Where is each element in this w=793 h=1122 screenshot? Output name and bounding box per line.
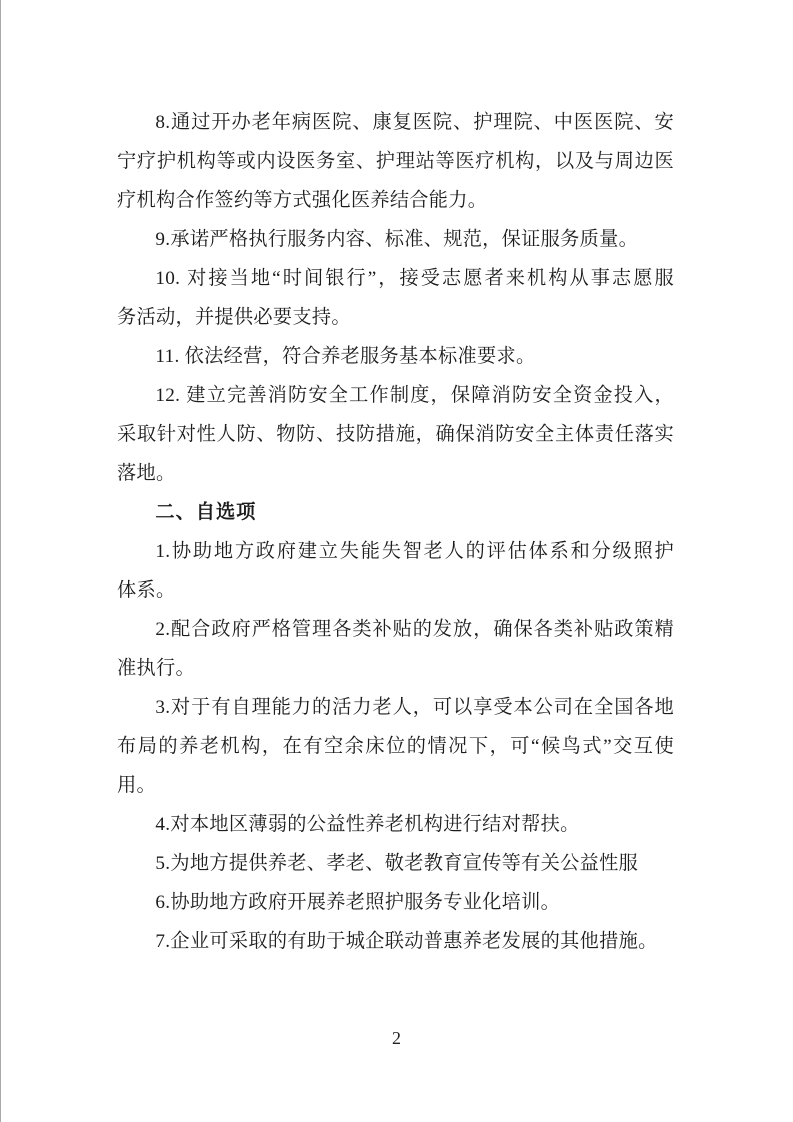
paragraph: 8.通过开办老年病医院、康复医院、护理院、中医医院、安宁疗护机构等或内设医务室、…: [117, 103, 674, 220]
text-line: 二、自选项: [117, 493, 674, 532]
paragraph: 12. 建立完善消防安全工作制度，保障消防安全资金投入，采取针对性人防、物防、技…: [117, 376, 674, 493]
section-heading: 二、自选项: [117, 493, 674, 532]
paragraph: 9.承诺严格执行服务内容、标准、规范，保证服务质量。: [117, 220, 674, 259]
text-line: 准执行。: [117, 649, 674, 688]
document-page: 8.通过开办老年病医院、康复医院、护理院、中医医院、安宁疗护机构等或内设医务室、…: [0, 0, 792, 1122]
text-line: 布局的养老机构，在有空余床位的情况下，可“候鸟式”交互使: [117, 727, 674, 766]
text-line: 7.企业可采取的有助于城企联动普惠养老发展的其他措施。: [117, 922, 674, 961]
text-line: 12. 建立完善消防安全工作制度，保障消防安全资金投入，: [117, 376, 674, 415]
document-body: 8.通过开办老年病医院、康复医院、护理院、中医医院、安宁疗护机构等或内设医务室、…: [117, 103, 674, 961]
page-number: 2: [392, 1028, 401, 1048]
text-line: 2.配合政府严格管理各类补贴的发放，确保各类补贴政策精: [117, 610, 674, 649]
text-line: 6.协助地方政府开展养老照护服务专业化培训。: [117, 883, 674, 922]
text-line: 疗机构合作签约等方式强化医养结合能力。: [117, 181, 674, 220]
paragraph: 4.对本地区薄弱的公益性养老机构进行结对帮扶。: [117, 805, 674, 844]
paragraph: 1.协助地方政府建立失能失智老人的评估体系和分级照护体系。: [117, 532, 674, 610]
paragraph: 6.协助地方政府开展养老照护服务专业化培训。: [117, 883, 674, 922]
text-line: 10. 对接当地“时间银行”，接受志愿者来机构从事志愿服: [117, 259, 674, 298]
paragraph: 5.为地方提供养老、孝老、敬老教育宣传等有关公益性服务。: [117, 844, 674, 883]
paragraph: 3.对于有自理能力的活力老人，可以享受本公司在全国各地布局的养老机构，在有空余床…: [117, 688, 674, 805]
text-line: 落地。: [117, 454, 674, 493]
paragraph: 7.企业可采取的有助于城企联动普惠养老发展的其他措施。: [117, 922, 674, 961]
text-line: 4.对本地区薄弱的公益性养老机构进行结对帮扶。: [117, 805, 674, 844]
text-line: 务活动，并提供必要支持。: [117, 298, 674, 337]
text-line: 5.为地方提供养老、孝老、敬老教育宣传等有关公益性服务。: [117, 844, 674, 883]
page-footer: 2: [1, 1026, 792, 1050]
text-line: 宁疗护机构等或内设医务室、护理站等医疗机构，以及与周边医: [117, 142, 674, 181]
paragraph: 2.配合政府严格管理各类补贴的发放，确保各类补贴政策精准执行。: [117, 610, 674, 688]
text-line: 采取针对性人防、物防、技防措施，确保消防安全主体责任落实: [117, 415, 674, 454]
paragraph: 10. 对接当地“时间银行”，接受志愿者来机构从事志愿服务活动，并提供必要支持。: [117, 259, 674, 337]
text-line: 9.承诺严格执行服务内容、标准、规范，保证服务质量。: [117, 220, 674, 259]
text-line: 8.通过开办老年病医院、康复医院、护理院、中医医院、安: [117, 103, 674, 142]
text-line: 11. 依法经营，符合养老服务基本标准要求。: [117, 337, 674, 376]
text-line: 1.协助地方政府建立失能失智老人的评估体系和分级照护: [117, 532, 674, 571]
paragraph: 11. 依法经营，符合养老服务基本标准要求。: [117, 337, 674, 376]
text-line: 体系。: [117, 571, 674, 610]
text-line: 3.对于有自理能力的活力老人，可以享受本公司在全国各地: [117, 688, 674, 727]
text-line: 用。: [117, 766, 674, 805]
